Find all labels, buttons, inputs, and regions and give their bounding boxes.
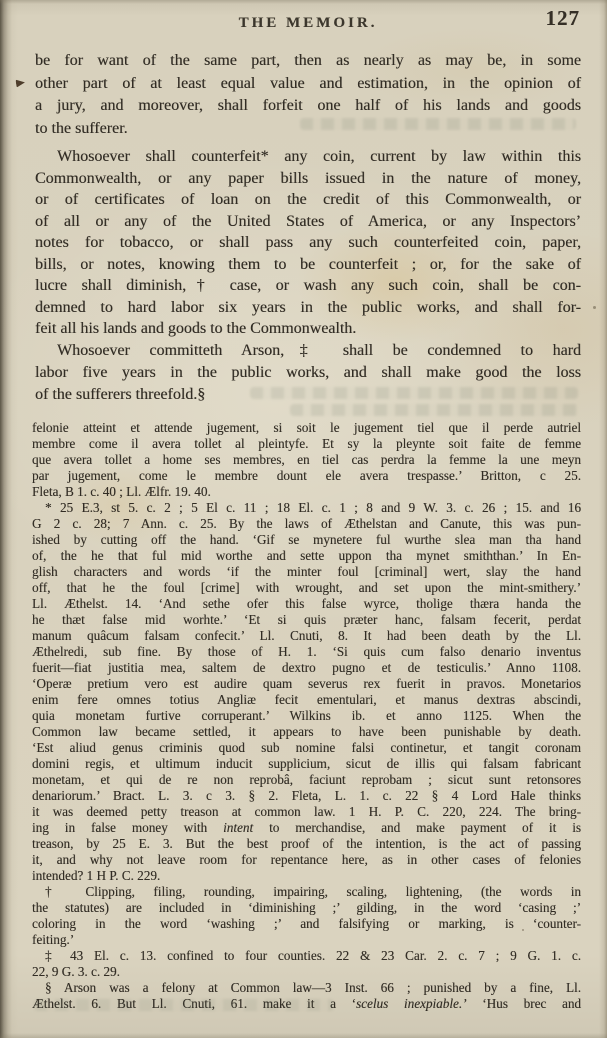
text-line: notes for tobacco, or shall pass any suc… <box>35 232 581 254</box>
page-right-edge-shadow <box>599 0 607 1038</box>
footnote-line: G 2 c. 28; 7 Ann. c. 25. By the laws of … <box>32 516 581 532</box>
footnote-line: it was deemed petty treason at common la… <box>32 804 581 820</box>
footnote-line: par jugement, come le membre dount ele a… <box>32 468 581 484</box>
footnote-line-asterisk: * 25 E.3, st 5. c. 2 ; 5 El c. 11 ; 18 E… <box>32 500 581 516</box>
text-line: feit all his lands and goods to the Comm… <box>35 318 581 340</box>
footnote-line: glish characters and words ‘if the minte… <box>32 564 581 580</box>
footnote-text-segment: ‘Hus brec and <box>467 996 581 1011</box>
footnote-line: monetam, et qui de re non reprobâ, faciu… <box>32 772 581 788</box>
footnote-line: membre come il avera tollet al pleintyfe… <box>32 436 581 452</box>
text-line: a jury, and moreover, shall forfeit one … <box>35 95 581 118</box>
page-bottom-edge-shadow <box>0 1033 607 1038</box>
footnote-line: ing in false money with intent to mercha… <box>32 820 581 836</box>
margin-ink-mark-arrow <box>15 78 25 87</box>
text-line: of all or any of the United States of Am… <box>35 211 581 233</box>
footnote-line: treason, by 25 E. 3. But the best proof … <box>32 836 581 852</box>
footnote-text-segment: ing in false money with <box>32 820 223 835</box>
footnote-line: Fleta, B 1. c. 40 ; Ll. Ælfr. 19. 40. <box>32 484 581 500</box>
footnote-line-section-mark: § Arson was a felony at Common law—3 Ins… <box>32 980 581 996</box>
text-line: be for want of the same part, then as ne… <box>35 50 581 73</box>
bleedthrough-text-smudge <box>250 387 578 399</box>
footnote-line: off, that he the foul [crime] with wroug… <box>32 580 581 596</box>
page-number: 127 <box>546 6 581 31</box>
footnote-text-segment: to merchandise, and make payment of it i… <box>253 820 581 835</box>
bleedthrough-text-smudge <box>290 404 578 416</box>
footnote-line: denariorum.’ Bract. L. 3. c 3. § 2. Flet… <box>32 788 581 804</box>
footnote-line: fuerit—fiat justitia mea, saltem de dext… <box>32 660 581 676</box>
footnote-line: feiting.’ <box>32 932 581 948</box>
footnote-line: quia monetam furtive corruperant.’ Wilki… <box>32 708 581 724</box>
footnote-line: coloring in the word ‘washing ;’ and fal… <box>32 916 581 932</box>
text-line: lucre shall diminish,† case, or wash any… <box>35 275 581 297</box>
bleedthrough-text-smudge <box>34 999 334 1011</box>
footnote-line: of, the he that ful mid worthe and sette… <box>32 548 581 564</box>
footnote-line: manum quâcum falsam confecit.’ Ll. Cnuti… <box>32 628 581 644</box>
footnote-line-dagger: † Clipping, filing, rounding, impairing,… <box>32 884 581 900</box>
running-title: THE MEMOIR. <box>239 15 378 31</box>
footnote-line: que avera tollet a home ses membres, en … <box>32 452 581 468</box>
book-page-scan: THE MEMOIR. 127 be for want of the same … <box>0 0 607 1038</box>
page-top-edge-shadow <box>0 0 607 4</box>
footnote-line: Ll. Æthelst. 14. ‘And sethe ofer this fa… <box>32 596 581 612</box>
text-line: other part of at least equal value and e… <box>35 73 581 96</box>
text-line: Whosoever committeth Arson,‡ shall be co… <box>35 340 581 362</box>
text-line: labor five years in the public works, an… <box>35 362 581 384</box>
footnote-line: the statutes) are included in ‘diminishi… <box>32 900 581 916</box>
footnotes-block: felonie atteint et attende jugement, si … <box>32 420 581 1012</box>
text-line: or of certificates of loan on the credit… <box>35 189 581 211</box>
footnote-italic-word: intent <box>223 820 253 835</box>
page-left-edge-shadow <box>0 0 18 1038</box>
footnote-line-double-dagger: ‡ 43 El. c. 13. confined to four countie… <box>32 948 581 964</box>
footnote-line: enim fere omnes totius Angliæ fecit emen… <box>32 692 581 708</box>
footnote-line: Common law became settled, it appears to… <box>32 724 581 740</box>
bleedthrough-text-smudge <box>300 118 576 130</box>
footnote-line: intended? 1 H P. C. 229. <box>32 868 581 884</box>
dust-speck <box>593 306 596 309</box>
text-line: Commonwealth, or any paper bills issued … <box>35 168 581 190</box>
footnote-italic-phrase: scelus inexpiable.’ <box>356 996 467 1011</box>
footnote-line: it, and why not leave room for repentanc… <box>32 852 581 868</box>
text-line: demned to hard labor six years in the pu… <box>35 297 581 319</box>
running-header: THE MEMOIR. <box>35 14 581 32</box>
footnote-line: ished by cutting off the hand. ‘Gif se m… <box>32 532 581 548</box>
footnote-line: ‘Operæ pretium vero est audire quam seve… <box>32 676 581 692</box>
footnote-line: 22, 9 G. 3. c. 29. <box>32 964 581 980</box>
paragraph-counterfeiting: Whosoever shall counterfeit* any coin, c… <box>35 146 581 340</box>
footnote-line: domini regis, et ultimum inducit supplic… <box>32 756 581 772</box>
text-line: Whosoever shall counterfeit* any coin, c… <box>35 146 581 168</box>
footnote-line: ‘Est aliud genus criminis quod sub nomin… <box>32 740 581 756</box>
footnote-line: Æthelredi, sub fine. By those of H. 1. ‘… <box>32 644 581 660</box>
footnote-line: he thæt false mid worhte.’ ‘Et si quis p… <box>32 612 581 628</box>
text-line: bills, or notes, knowing them to be coun… <box>35 254 581 276</box>
footnote-line: felonie atteint et attende jugement, si … <box>32 420 581 436</box>
